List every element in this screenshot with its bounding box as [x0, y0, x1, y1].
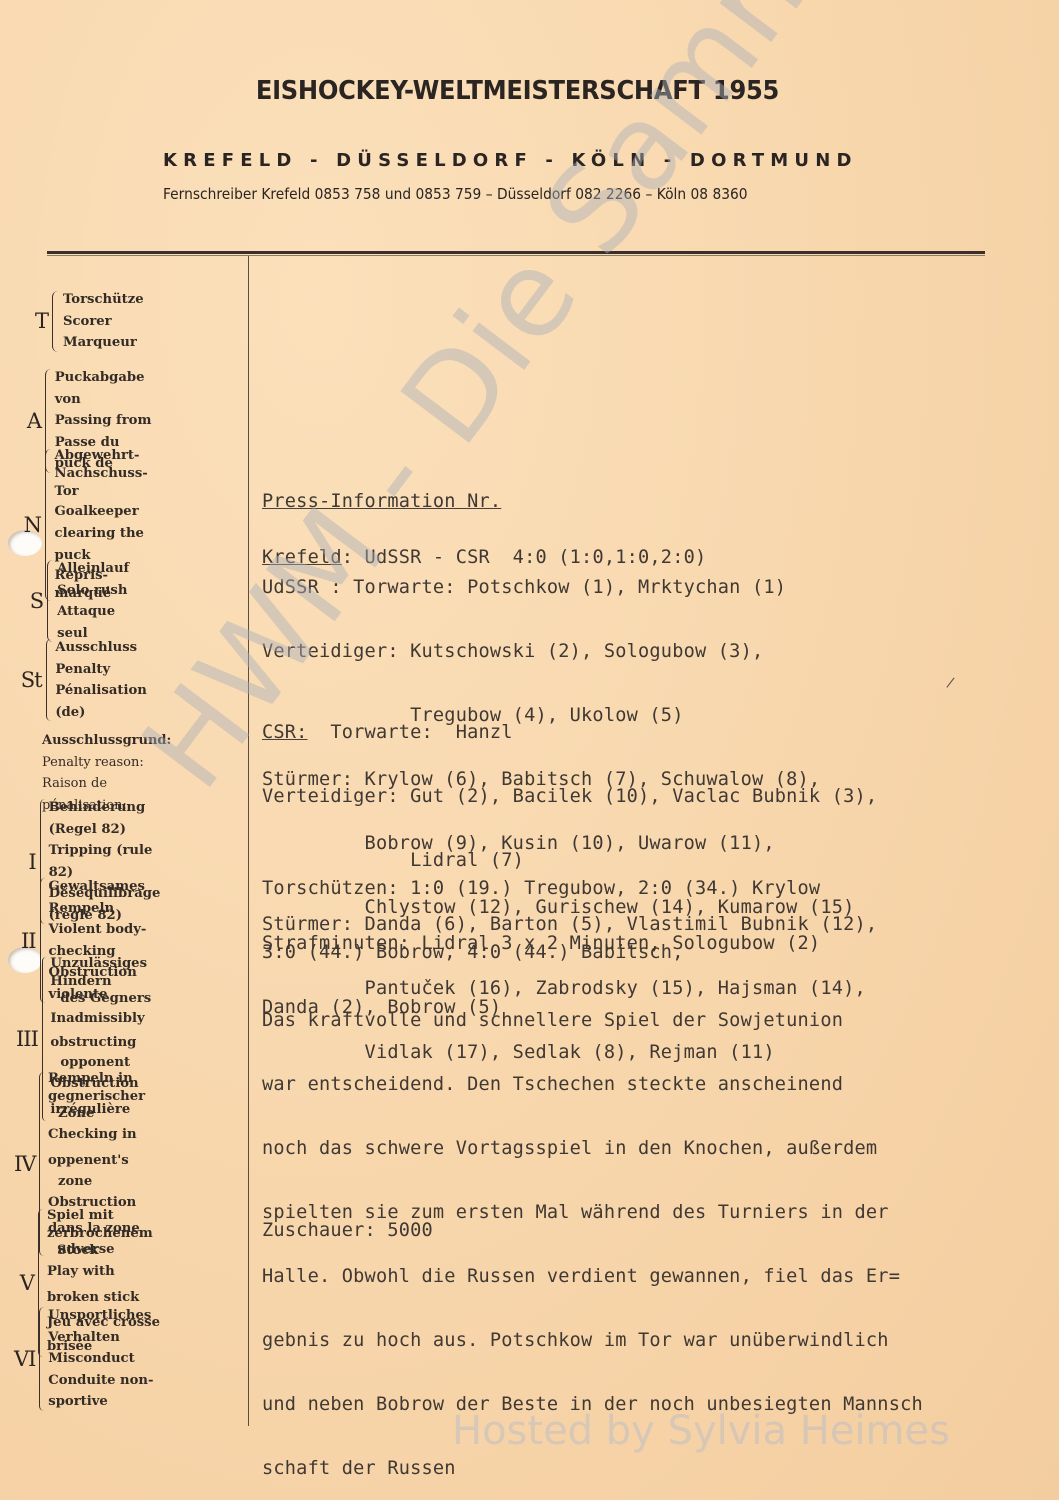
summary-line: Halle. Obwohl die Russen verdient gewann… — [262, 1266, 923, 1288]
brace — [52, 291, 59, 352]
reason-line: Zone — [48, 1106, 156, 1122]
reason-line: zone — [48, 1174, 156, 1190]
legend-group-S: S Alleinlauf Solo rush Attaque seul — [18, 558, 135, 644]
reason-line: des Gegners — [50, 991, 157, 1007]
legend-key: T — [18, 309, 50, 333]
legend-line: Penalty — [55, 659, 154, 681]
reason-line: Stock — [47, 1243, 165, 1259]
reason-line: Checking in oppenent's — [48, 1122, 156, 1174]
reason-key: VI — [14, 1347, 37, 1371]
attendance: Zuschauer: 5000 — [262, 1178, 433, 1263]
lineup-line: UdSSR : Torwarte: Potschkow (1), Mrktych… — [262, 577, 855, 599]
legend-line: Abgewehrt- — [55, 447, 154, 465]
legend-line: Alleinlauf — [57, 558, 135, 580]
reason-line: Misconduct — [48, 1348, 162, 1370]
reason-line: Rempeln in gegnerischer — [48, 1070, 156, 1106]
pen-mark: / — [945, 675, 955, 692]
reason-key: II — [16, 929, 38, 953]
brace — [39, 1307, 44, 1411]
legend-key: N — [18, 513, 43, 537]
letterhead-telex: Fernschreiber Krefeld 0853 758 und 0853 … — [163, 185, 816, 203]
summary-line: und neben Bobrow der Beste in der noch u… — [262, 1394, 923, 1416]
legend-line: Ausschluss — [55, 637, 154, 659]
reason-line: Conduite non-sportive — [48, 1370, 162, 1413]
legend-line: Puckabgabe von — [55, 367, 153, 410]
legend-group-St: St Ausschluss Penalty Pénalisation (de) — [18, 637, 155, 723]
header-rule — [47, 251, 985, 254]
brace — [46, 639, 52, 721]
heading-de: Ausschlussgrund: — [42, 730, 171, 752]
legend-line: Marqueur — [63, 332, 144, 354]
reason-key: IV — [14, 1152, 37, 1176]
reason-group-VI: VI Unsportliches Verhalten Misconduct Co… — [14, 1305, 162, 1413]
letterhead-cities: KREFELD - DÜSSELDORF - KÖLN - DORTMUND — [163, 150, 873, 171]
lineup-line: Verteidiger: Kutschowski (2), Sologubow … — [262, 641, 855, 663]
legend-line: Torschütze — [63, 289, 144, 311]
reason-line: Behinderung (Regel 82) — [49, 797, 173, 840]
summary-line: noch das schwere Vortagsspiel in den Kno… — [262, 1138, 923, 1160]
reason-line: Unzulässiges Hindern — [50, 955, 157, 991]
lineup-line: Torwarte: Hanzl — [308, 722, 513, 743]
reason-key: V — [14, 1271, 36, 1295]
legend-line: Nachschuss-Tor — [55, 465, 154, 501]
reason-key: III — [16, 1027, 40, 1051]
penalty-line: Strafminuten: Lidral 3 x 2 Minuten, Solo… — [262, 933, 820, 955]
letterhead-title: EISHOCKEY-WELTMEISTERSCHAFT 1955 — [36, 76, 999, 106]
reason-line: Unsportliches Verhalten — [48, 1305, 162, 1348]
reason-line: Spiel mit zerbrochenem — [47, 1207, 165, 1243]
legend-key: S — [18, 589, 45, 613]
legend-line: Solo rush — [57, 580, 135, 602]
legend-line: Goalkeeper — [55, 501, 154, 523]
lineup-line: Verteidiger: Gut (2), Bacilek (10), Vacl… — [262, 786, 877, 808]
brace — [47, 560, 53, 642]
summary-line: war entscheidend. Den Tschechen steckte … — [262, 1074, 923, 1096]
reason-line: Gewaltsames Rempeln — [49, 876, 158, 919]
legend-group-T: T Torschütze Scorer Marqueur — [18, 289, 144, 354]
reason-line: Inadmissibly obstructing — [50, 1007, 157, 1055]
reason-line: opponent — [50, 1055, 157, 1071]
legend-key: A — [18, 409, 43, 433]
attendance-line: Zuschauer: 5000 — [262, 1220, 433, 1242]
reason-key: I — [16, 850, 38, 874]
summary-line: Das kraftvolle und schnellere Spiel der … — [262, 1010, 923, 1032]
legend-line: Pénalisation (de) — [55, 680, 154, 723]
header-rule-thin — [47, 255, 985, 256]
heading-en: Penalty reason: — [42, 752, 171, 774]
csr-label: CSR: — [262, 722, 308, 743]
legend-line: Passing from — [55, 410, 153, 432]
legend-key: St — [18, 668, 44, 692]
summary-line: gebnis zu hoch aus. Potschkow im Tor war… — [262, 1330, 923, 1352]
legend-line: Scorer — [63, 311, 144, 333]
summary-line: schaft der Russen — [262, 1458, 923, 1480]
reason-line: Play with broken stick — [47, 1259, 165, 1311]
column-divider — [248, 256, 249, 1426]
